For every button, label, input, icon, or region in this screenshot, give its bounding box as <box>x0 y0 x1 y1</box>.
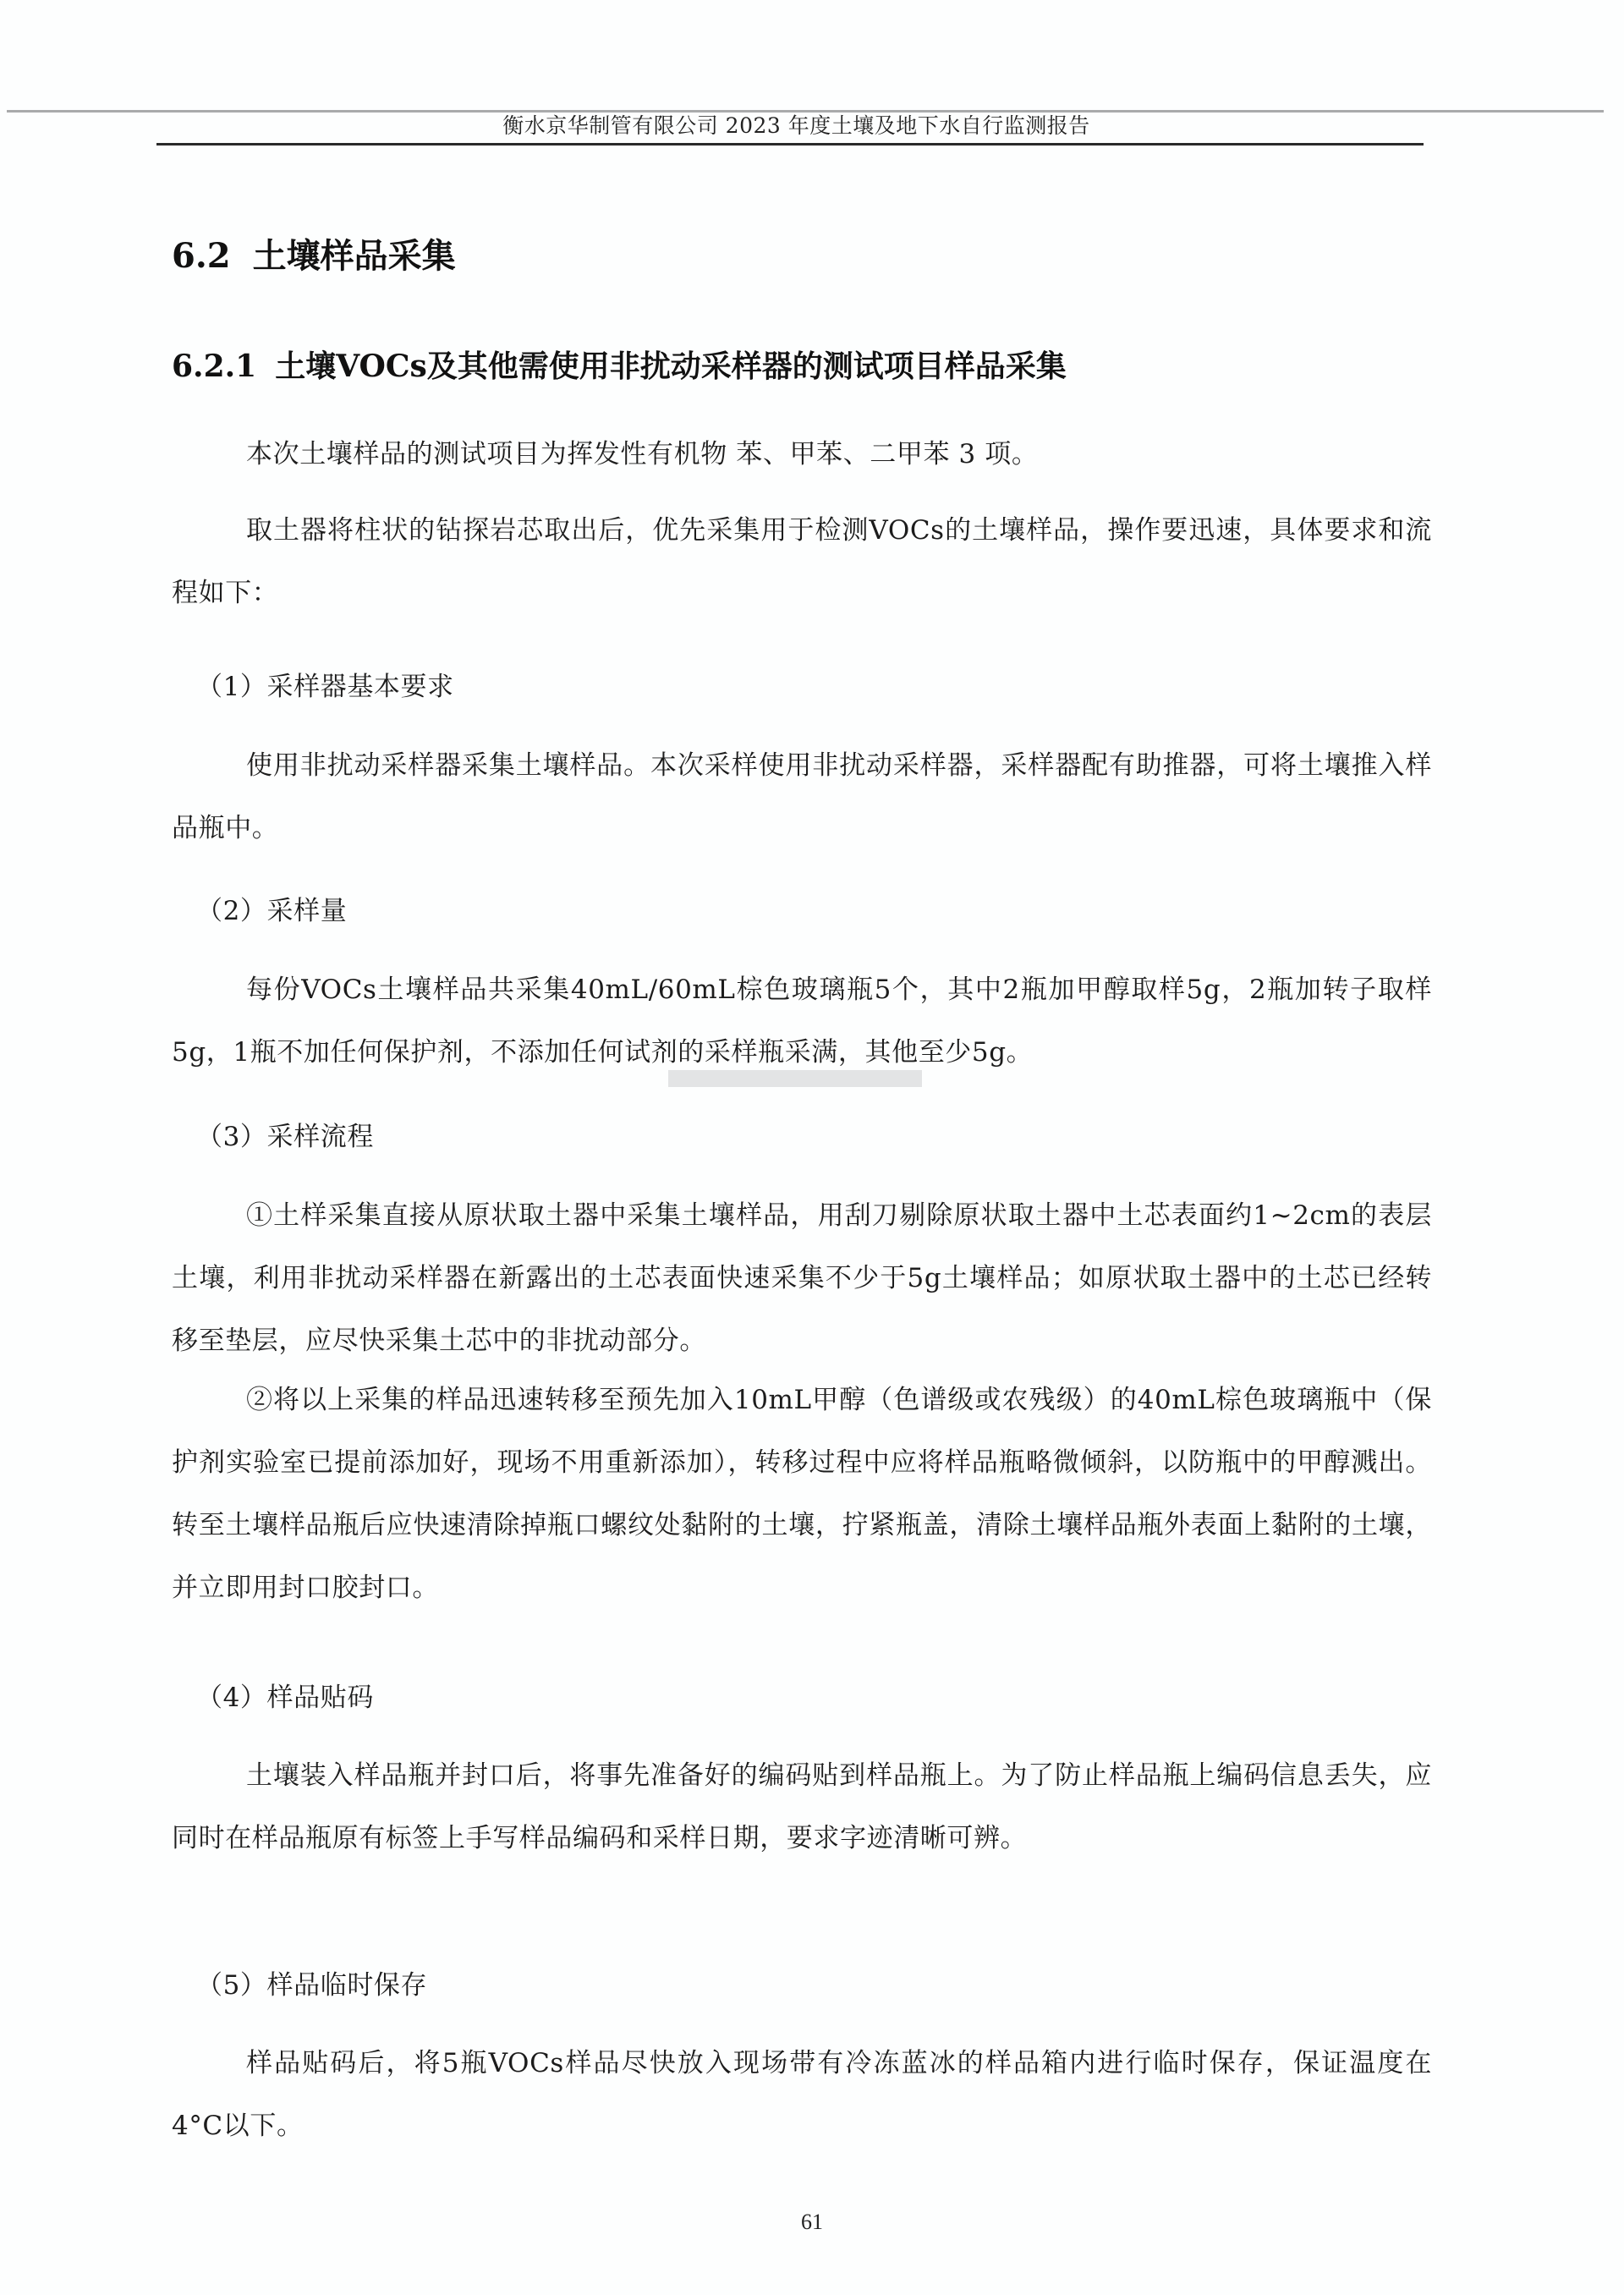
item-1-heading: （1）采样器基本要求 <box>196 668 454 706</box>
subsection-heading: 6.2.1土壤VOCs及其他需使用非扰动采样器的测试项目样品采集 <box>172 347 1067 386</box>
item-3-paragraph-1: ①土样采集直接从原状取土器中采集土壤样品，用刮刀剔除原状取土器中土芯表面约1~2… <box>172 1184 1432 1372</box>
section-title: 土壤样品采集 <box>253 236 456 276</box>
section-number: 6.2 <box>172 236 231 276</box>
intro-paragraph-2: 取土器将柱状的钻探岩芯取出后，优先采集用于检测VOCs的土壤样品，操作要迅速，具… <box>172 499 1432 624</box>
item-2-heading: （2）采样量 <box>196 892 347 930</box>
scan-speckle <box>668 1070 922 1087</box>
item-3-paragraph-2: ②将以上采集的样品迅速转移至预先加入10mL甲醇（色谱级或农残级）的40mL棕色… <box>172 1369 1432 1619</box>
page-number: 61 <box>0 2210 1624 2235</box>
section-heading: 6.2土壤样品采集 <box>172 235 456 277</box>
subsection-number: 6.2.1 <box>172 349 256 384</box>
subsection-title: 土壤VOCs及其他需使用非扰动采样器的测试项目样品采集 <box>275 349 1067 384</box>
item-2-paragraph: 每份VOCs土壤样品共采集40mL/60mL棕色玻璃瓶5个，其中2瓶加甲醇取样5… <box>172 958 1432 1084</box>
item-3-heading: （3）采样流程 <box>196 1118 374 1156</box>
item-5-paragraph: 样品贴码后，将5瓶VOCs样品尽快放入现场带有冷冻蓝冰的样品箱内进行临时保存，保… <box>172 2032 1432 2157</box>
intro-paragraph-1: 本次土壤样品的测试项目为挥发性有机物 苯、甲苯、二甲苯 3 项。 <box>172 423 1432 486</box>
header-rule <box>156 143 1424 145</box>
item-4-heading: （4）样品贴码 <box>196 1679 374 1716</box>
item-5-heading: （5）样品临时保存 <box>196 1967 427 2004</box>
running-header: 衡水京华制管有限公司 2023 年度土壤及地下水自行监测报告 <box>169 110 1424 142</box>
item-4-paragraph: 土壤装入样品瓶并封口后，将事先准备好的编码贴到样品瓶上。为了防止样品瓶上编码信息… <box>172 1744 1432 1869</box>
item-1-paragraph: 使用非扰动采样器采集土壤样品。本次采样使用非扰动采样器，采样器配有助推器，可将土… <box>172 734 1432 859</box>
